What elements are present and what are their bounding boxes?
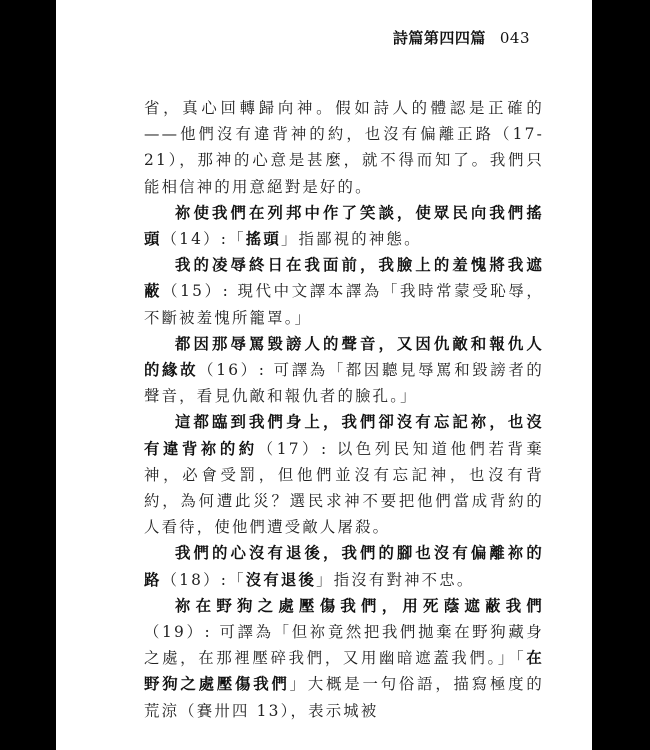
running-header: 詩篇第四四篇043 xyxy=(393,27,530,48)
paragraph-verse-18: 我們的心沒有退後，我們的腳也沒有偏離祢的路（18）:「沒有退後」指沒有對神不忠。 xyxy=(144,540,544,592)
verse-quote: 祢在野狗之處壓傷我們，用死蔭遮蔽我們 xyxy=(175,597,544,615)
paragraph-continuation: 省，真心回轉歸向神。假如詩人的體認是正確的——他們沒有違背神的約，也沒有偏離正路… xyxy=(144,95,544,200)
book-page: 詩篇第四四篇043 省，真心回轉歸向神。假如詩人的體認是正確的——他們沒有違背神… xyxy=(56,0,592,750)
text-run: 」指沒有對神不忠。 xyxy=(316,571,474,589)
text-run: （18）:「 xyxy=(162,571,246,589)
paragraph-verse-14: 祢使我們在列邦中作了笑談，使眾民向我們搖頭（14）:「搖頭」指鄙視的神態。 xyxy=(144,200,544,252)
term-quote: 搖頭 xyxy=(246,230,281,248)
text-run: （16）: 可譯為「都因聽見辱罵和毀謗者的聲音，看見仇敵和報仇者的臉孔。」 xyxy=(144,361,544,405)
paragraph-verse-16: 都因那辱罵毀謗人的聲音，又因仇敵和報仇人的緣故（16）: 可譯為「都因聽見辱罵和… xyxy=(144,331,544,410)
chapter-title: 詩篇第四四篇 xyxy=(393,29,486,47)
paragraph-verse-15: 我的凌辱終日在我面前，我臉上的羞愧將我遮蔽（15）: 現代中文譯本譯為「我時常蒙… xyxy=(144,252,544,331)
text-run: （15）: 現代中文譯本譯為「我時常蒙受恥辱，不斷被羞愧所籠罩。」 xyxy=(144,282,544,326)
term-quote: 沒有退後 xyxy=(246,571,316,589)
page-number: 043 xyxy=(500,29,530,47)
body-text: 省，真心回轉歸向神。假如詩人的體認是正確的——他們沒有違背神的約，也沒有偏離正路… xyxy=(144,95,544,724)
paragraph-verse-17: 這都臨到我們身上，我們卻沒有忘記祢，也沒有違背祢的約（17）: 以色列民知道他們… xyxy=(144,409,544,540)
text-run: （19）: 可譯為「但祢竟然把我們拋棄在野狗藏身之處，在那裡壓碎我們，又用幽暗遮… xyxy=(144,623,544,667)
text-run: （14）:「 xyxy=(162,230,246,248)
text-run: 省，真心回轉歸向神。假如詩人的體認是正確的——他們沒有違背神的約，也沒有偏離正路… xyxy=(144,99,544,196)
paragraph-verse-19: 祢在野狗之處壓傷我們，用死蔭遮蔽我們（19）: 可譯為「但祢竟然把我們拋棄在野狗… xyxy=(144,593,544,724)
text-run: 」指鄙視的神態。 xyxy=(281,230,422,248)
